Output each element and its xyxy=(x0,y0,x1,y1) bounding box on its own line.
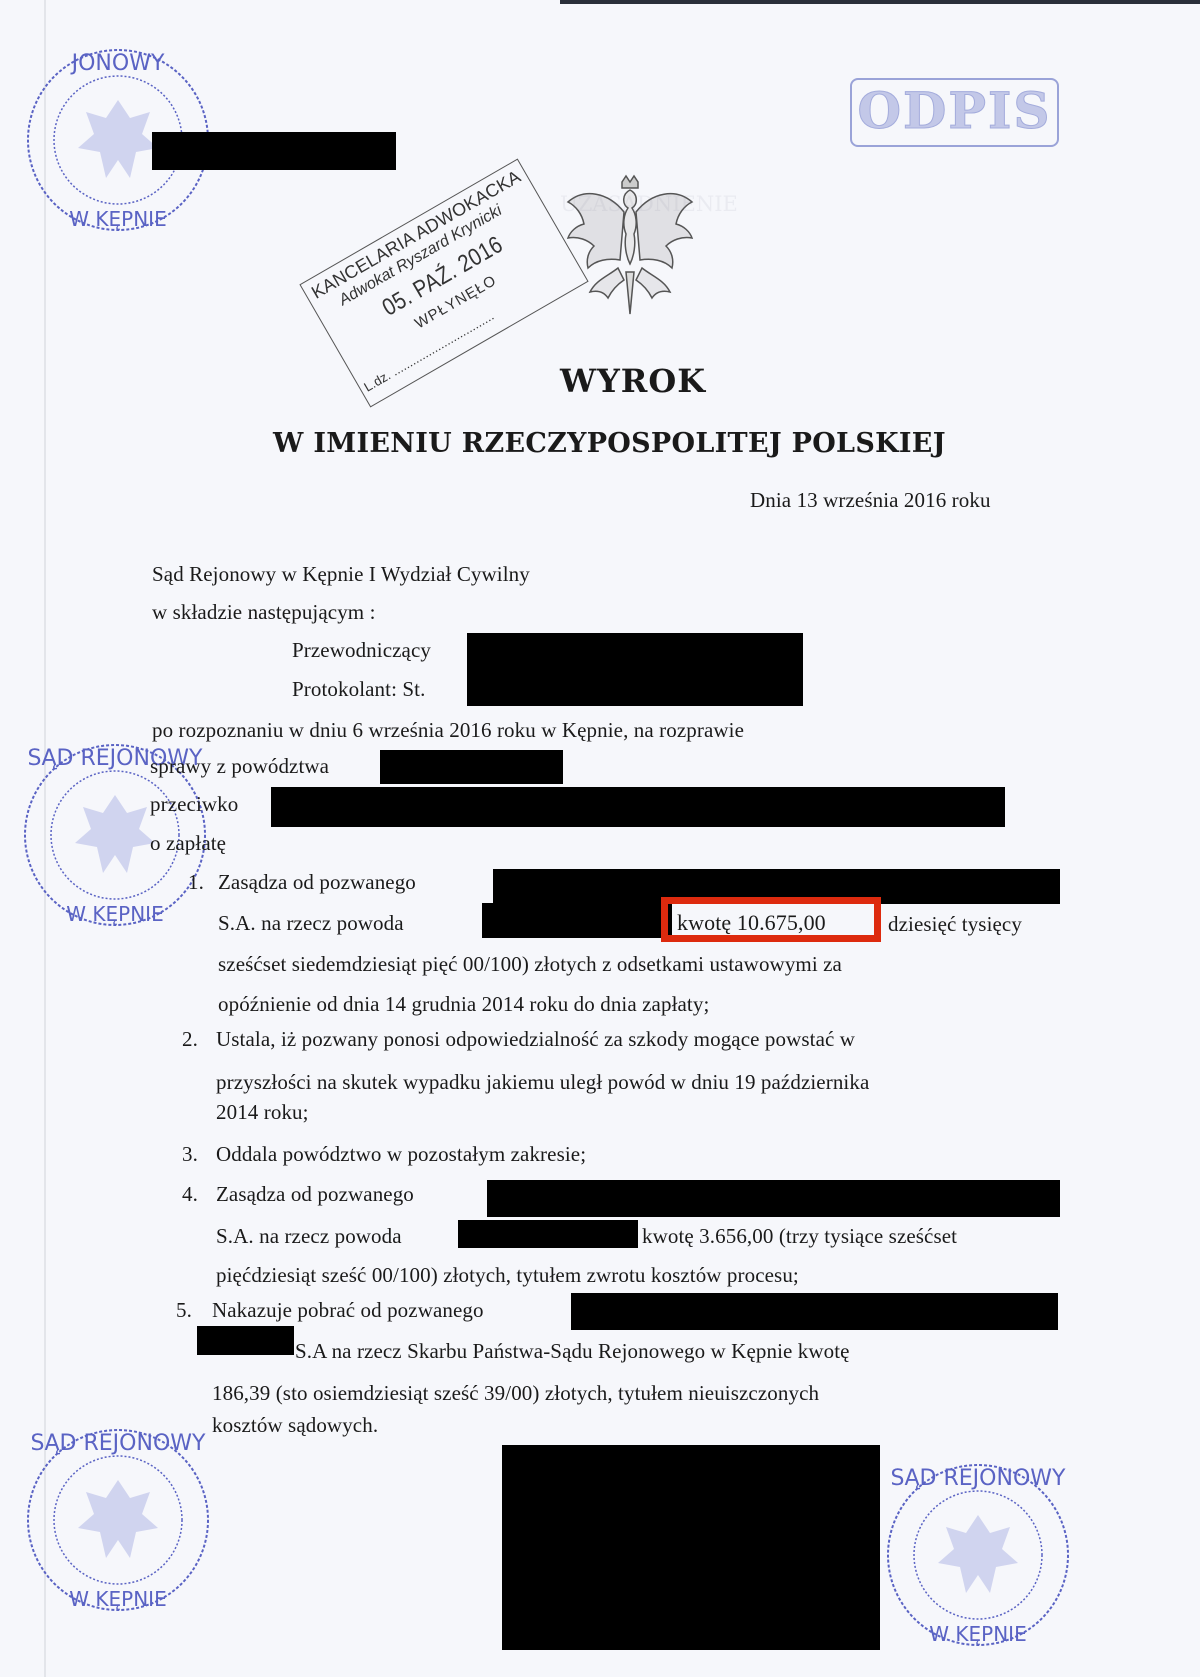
item-text: dziesięć tysięcy xyxy=(888,912,1022,937)
redaction-block xyxy=(197,1326,294,1355)
item-text: Nakazuje pobrać od pozwanego xyxy=(212,1298,484,1323)
defendant-label: przeciwko xyxy=(150,792,238,817)
item-number: 4. xyxy=(182,1182,198,1207)
item-number: 3. xyxy=(182,1142,198,1167)
case-subject: o zapłatę xyxy=(150,831,226,856)
svg-text:W KĘPNIE: W KĘPNIE xyxy=(69,1587,166,1611)
svg-text:W KĘPNIE: W KĘPNIE xyxy=(66,902,163,926)
redaction-block xyxy=(271,787,1005,827)
svg-text:SĄD REJONOWY: SĄD REJONOWY xyxy=(891,1466,1066,1491)
item-text: sześćset siedemdziesiąt pięć 00/100) zło… xyxy=(218,952,1058,977)
item-text: Ustala, iż pozwany ponosi odpowiedzialno… xyxy=(216,1027,855,1052)
item-number: 1. xyxy=(188,870,204,895)
plaintiff-label: sprawy z powództwa xyxy=(150,754,329,779)
odpis-stamp: ODPIS xyxy=(850,78,1059,147)
item-text: 2014 roku; xyxy=(216,1100,309,1125)
court-clerk-label: Protokolant: St. xyxy=(292,677,425,702)
svg-text:SĄD REJONOWY: SĄD REJONOWY xyxy=(31,1431,206,1456)
redaction-block xyxy=(380,750,563,784)
court-seal-icon: SĄD REJONOWY W KĘPNIE xyxy=(18,1420,218,1620)
item-text: kwotę 3.656,00 (trzy tysiące sześćset xyxy=(642,1224,957,1249)
court-seal-bottom-left: SĄD REJONOWY W KĘPNIE xyxy=(18,1420,218,1620)
item-text: opóźnienie od dnia 14 grudnia 2014 roku … xyxy=(218,992,709,1017)
redaction-block xyxy=(487,1180,1060,1217)
court-name: Sąd Rejonowy w Kępnie I Wydział Cywilny xyxy=(152,562,530,587)
document-title: WYROK xyxy=(560,362,706,400)
item-text: kosztów sądowych. xyxy=(212,1413,378,1438)
presiding-judge-label: Przewodniczący xyxy=(292,638,431,663)
document-subtitle: W IMIENIU RZECZYPOSPOLITEJ POLSKIEJ xyxy=(273,428,946,459)
judgment-date: Dnia 13 września 2016 roku xyxy=(750,488,991,513)
item-text: Oddala powództwo w pozostałym zakresie; xyxy=(216,1142,586,1167)
bleed-through-text: UZASADNIENIE xyxy=(560,192,738,216)
item-text: S.A. na rzecz powoda xyxy=(218,911,404,936)
item-text: S.A. na rzecz powoda xyxy=(216,1224,402,1249)
redaction-block xyxy=(458,1220,638,1248)
redaction-block xyxy=(152,132,396,170)
item-text: przyszłości na skutek wypadku jakiemu ul… xyxy=(216,1070,869,1095)
hearing-info: po rozpoznaniu w dniu 6 września 2016 ro… xyxy=(152,718,744,743)
signature-redaction xyxy=(502,1445,880,1650)
item-text: pięćdziesiąt sześć 00/100) złotych, tytu… xyxy=(216,1263,799,1288)
item-text: 186,39 (sto osiemdziesiąt sześć 39/00) z… xyxy=(212,1381,819,1406)
redaction-block xyxy=(571,1293,1058,1330)
item-text: S.A na rzecz Skarbu Państwa-Sądu Rejonow… xyxy=(295,1339,850,1364)
redaction-block xyxy=(467,633,803,706)
svg-text:W KĘPNIE: W KĘPNIE xyxy=(69,207,166,231)
law-office-received-stamp: KANCELARIA ADWOKACKA Adwokat Ryszard Kry… xyxy=(299,159,588,408)
item-number: 2. xyxy=(182,1027,198,1052)
item-text: Zasądza od pozwanego xyxy=(218,870,416,895)
composition-label: w składzie następującym : xyxy=(152,600,376,625)
redaction-block xyxy=(482,903,672,938)
item-number: 5. xyxy=(176,1298,192,1323)
court-seal-icon: SĄD REJONOWY W KĘPNIE xyxy=(878,1455,1078,1655)
item-text: Zasądza od pozwanego xyxy=(216,1182,414,1207)
svg-text:JONOWY: JONOWY xyxy=(70,51,165,76)
svg-text:W KĘPNIE: W KĘPNIE xyxy=(929,1622,1026,1646)
scan-edge xyxy=(560,0,1200,4)
court-seal-bottom-right: SĄD REJONOWY W KĘPNIE xyxy=(878,1455,1078,1655)
awarded-amount: kwotę 10.675,00 xyxy=(677,910,826,936)
